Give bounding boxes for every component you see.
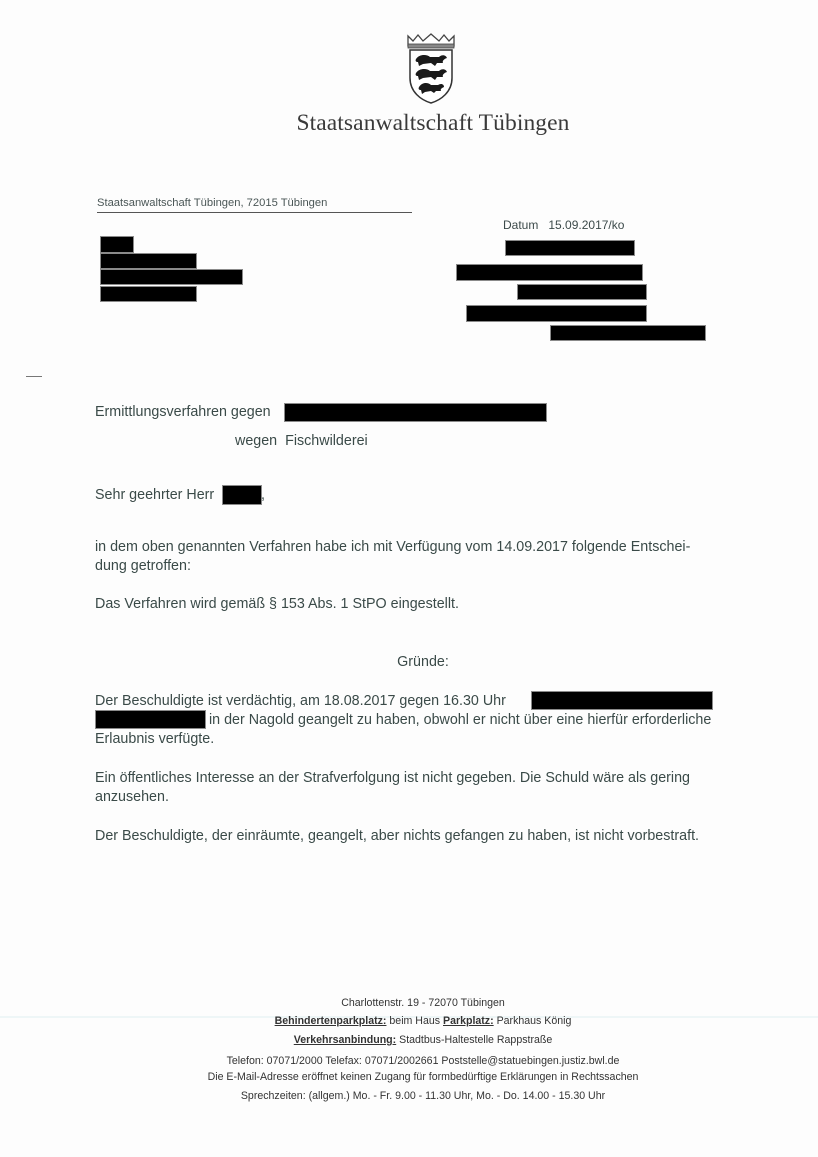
redaction-bar [285, 404, 546, 421]
date-label: Datum [503, 218, 538, 232]
reason-value: Fischwilderei [285, 433, 368, 449]
redaction-bar [101, 237, 133, 252]
parking-value: Parkhaus König [497, 1015, 572, 1027]
reason1-line1: Der Beschuldigte ist verdächtig, am 18.0… [95, 692, 506, 711]
parking-label: Parkplatz: [443, 1015, 494, 1027]
footer-transport: Verkehrsanbindung: Stadtbus-Haltestelle … [0, 1031, 818, 1050]
paragraph-intro-line1: in dem oben genannten Verfahren habe ich… [95, 538, 690, 557]
redaction-bar [551, 326, 705, 340]
sender-return-address: Staatsanwaltschaft Tübingen, 72015 Tübin… [97, 197, 327, 209]
reasons-heading: Gründe: [0, 653, 818, 672]
decision-text: Das Verfahren wird gemäß § 153 Abs. 1 St… [95, 595, 459, 614]
redaction-bar [223, 486, 261, 504]
date-value: 15.09.2017/ko [548, 218, 624, 232]
salutation: Sehr geehrter Herr [95, 486, 214, 505]
footer-address: Charlottenstr. 19 - 72070 Tübingen [0, 994, 818, 1013]
date-line: Datum 15.09.2017/ko [503, 218, 624, 232]
footer-parking: Behindertenparkplatz: beim Haus Parkplat… [0, 1012, 818, 1031]
redaction-bar [532, 692, 712, 709]
reason-line: wegen Fischwilderei [235, 432, 368, 451]
fold-mark [26, 376, 42, 377]
paragraph-intro-line2: dung getroffen: [95, 557, 191, 576]
reason-label: wegen [235, 433, 277, 449]
authority-title: Staatsanwaltschaft Tübingen [0, 110, 818, 137]
redaction-bar [518, 285, 646, 299]
redaction-bar [506, 241, 634, 255]
disabled-parking-value: beim Haus [389, 1015, 440, 1027]
redaction-bar [101, 270, 242, 284]
reason1-line3: Erlaubnis verfügte. [95, 730, 214, 749]
redaction-bar [101, 287, 196, 301]
baden-wuerttemberg-coat-of-arms-icon [405, 32, 457, 104]
redaction-bar [457, 265, 642, 280]
reason2-line2: anzusehen. [95, 788, 169, 807]
reason3: Der Beschuldigte, der einräumte, geangel… [95, 827, 699, 846]
reason1-line2: in der Nagold geangelt zu haben, obwohl … [209, 711, 711, 730]
transport-value: Stadtbus-Haltestelle Rappstraße [399, 1034, 552, 1046]
reason2-line1: Ein öffentliches Interesse an der Strafv… [95, 769, 690, 788]
letter-page: Staatsanwaltschaft Tübingen Staatsanwalt… [0, 0, 818, 1157]
salutation-comma: , [261, 486, 265, 505]
proceeding-label: Ermittlungsverfahren gegen [95, 403, 271, 422]
transport-label: Verkehrsanbindung: [294, 1034, 396, 1046]
redaction-bar [467, 306, 646, 321]
redaction-bar [101, 254, 196, 268]
sender-underline [97, 212, 412, 213]
redaction-bar [96, 711, 205, 728]
footer-email-notice: Die E-Mail-Adresse eröffnet keinen Zugan… [0, 1068, 818, 1087]
footer-office-hours: Sprechzeiten: (allgem.) Mo. - Fr. 9.00 -… [0, 1087, 818, 1106]
disabled-parking-label: Behindertenparkplatz: [275, 1015, 387, 1027]
